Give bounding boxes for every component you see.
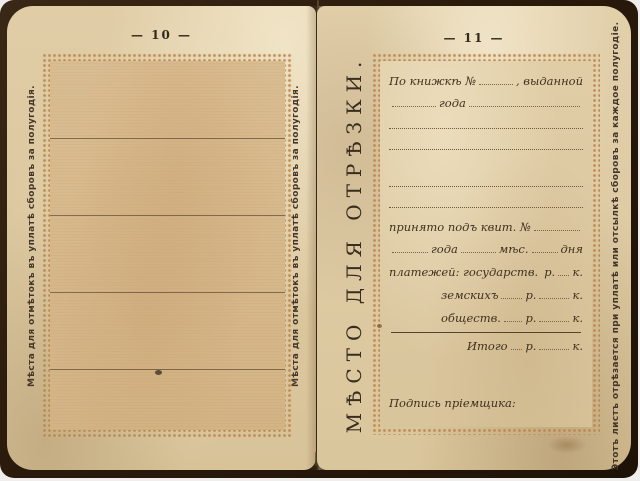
dotted-line xyxy=(461,243,496,253)
rub-label: р. xyxy=(544,266,555,279)
rub-label: р. xyxy=(525,340,536,353)
stain xyxy=(155,370,162,375)
right-margin-caption: Этотъ листъ отрѣзается при уплатѣ или от… xyxy=(611,22,621,471)
dotted-line xyxy=(392,97,436,107)
kop-label: к. xyxy=(572,312,583,325)
date-month-label: мѣс. xyxy=(499,243,529,256)
scanned-booklet-spread: — 10 — Мѣста для отмѣтокъ въ уплатѣ сбор… xyxy=(0,0,640,481)
payment-marks-panel xyxy=(50,61,285,430)
issued-year-line: года xyxy=(389,97,583,110)
dotted-line xyxy=(558,266,569,276)
blank-row xyxy=(50,369,285,446)
ornamental-frame-left xyxy=(42,53,293,438)
page-10: — 10 — Мѣста для отмѣтокъ въ уплатѣ сбор… xyxy=(7,6,316,470)
payment-row-society: обществ. р. к. xyxy=(389,312,583,325)
date-year-label: года xyxy=(431,243,458,256)
total-divider-rule xyxy=(391,332,581,333)
dotted-line xyxy=(511,340,523,350)
booklet-suffix-label: , выданной xyxy=(516,75,583,88)
dotted-line xyxy=(392,243,428,253)
blank-row xyxy=(50,292,285,369)
blank-row xyxy=(50,215,285,292)
year-label: года xyxy=(439,97,466,110)
receipt-form-content: По книжкѣ № , выданной года принят xyxy=(380,61,592,427)
dotted-line xyxy=(389,149,583,150)
rub-label: р. xyxy=(525,289,536,302)
dotted-line xyxy=(389,128,583,129)
kop-label: к. xyxy=(572,340,583,353)
ornamental-frame-form: По книжкѣ № , выданной года принят xyxy=(372,53,600,435)
dotted-line xyxy=(469,97,580,107)
payment-row-zemstvo: земскихъ р. к. xyxy=(389,289,583,302)
dotted-line xyxy=(534,221,580,231)
page-11: — 11 — МѢСТО ДЛЯ ОТРѢЗКИ. Этотъ листъ от… xyxy=(317,6,631,470)
payment-label: земскихъ xyxy=(441,289,498,302)
total-label: Итого xyxy=(467,340,508,353)
dotted-line xyxy=(501,289,522,299)
kop-label: к. xyxy=(572,289,583,302)
kop-label: к. xyxy=(572,266,583,279)
payment-row-state: платежей: государств. р. к. xyxy=(389,266,583,279)
dotted-line xyxy=(479,75,513,85)
receipt-form: По книжкѣ № , выданной года принят xyxy=(380,61,592,427)
rub-label: р. xyxy=(525,312,536,325)
booklet-prefix-label: По книжкѣ № xyxy=(389,75,476,88)
signature-label: Подпись пріемщика: xyxy=(389,397,516,410)
dotted-line xyxy=(389,186,583,187)
stain xyxy=(377,324,382,328)
date-line: года мѣс. дня xyxy=(389,243,583,256)
signature-line: Подпись пріемщика: xyxy=(389,397,583,410)
payment-row-total: Итого р. к. xyxy=(389,340,583,353)
receipt-label: принято подъ квит. № xyxy=(389,221,531,234)
dotted-line xyxy=(532,243,558,253)
payment-label: государств. xyxy=(463,266,538,279)
dotted-line xyxy=(539,312,569,322)
page-number-left: — 10 — xyxy=(7,28,316,42)
date-day-label: дня xyxy=(561,243,583,256)
blank-row xyxy=(50,138,285,215)
cut-strip-label: МѢСТО ДЛЯ ОТРѢЗКИ. xyxy=(342,55,366,434)
dotted-line xyxy=(539,289,569,299)
booklet-line: По книжкѣ № , выданной xyxy=(389,75,583,88)
receipt-number-line: принято подъ квит. № xyxy=(389,221,583,234)
page-number-right: — 11 — xyxy=(317,31,631,45)
dotted-line xyxy=(389,207,583,208)
dotted-line xyxy=(539,340,569,350)
blank-row xyxy=(50,61,285,138)
stain xyxy=(547,436,587,454)
dotted-line xyxy=(504,312,522,322)
payment-label: обществ. xyxy=(441,312,501,325)
payments-prefix-label: платежей: xyxy=(389,266,459,279)
left-margin-caption: Мѣста для отмѣтокъ въ уплатѣ сборовъ за … xyxy=(27,85,37,387)
